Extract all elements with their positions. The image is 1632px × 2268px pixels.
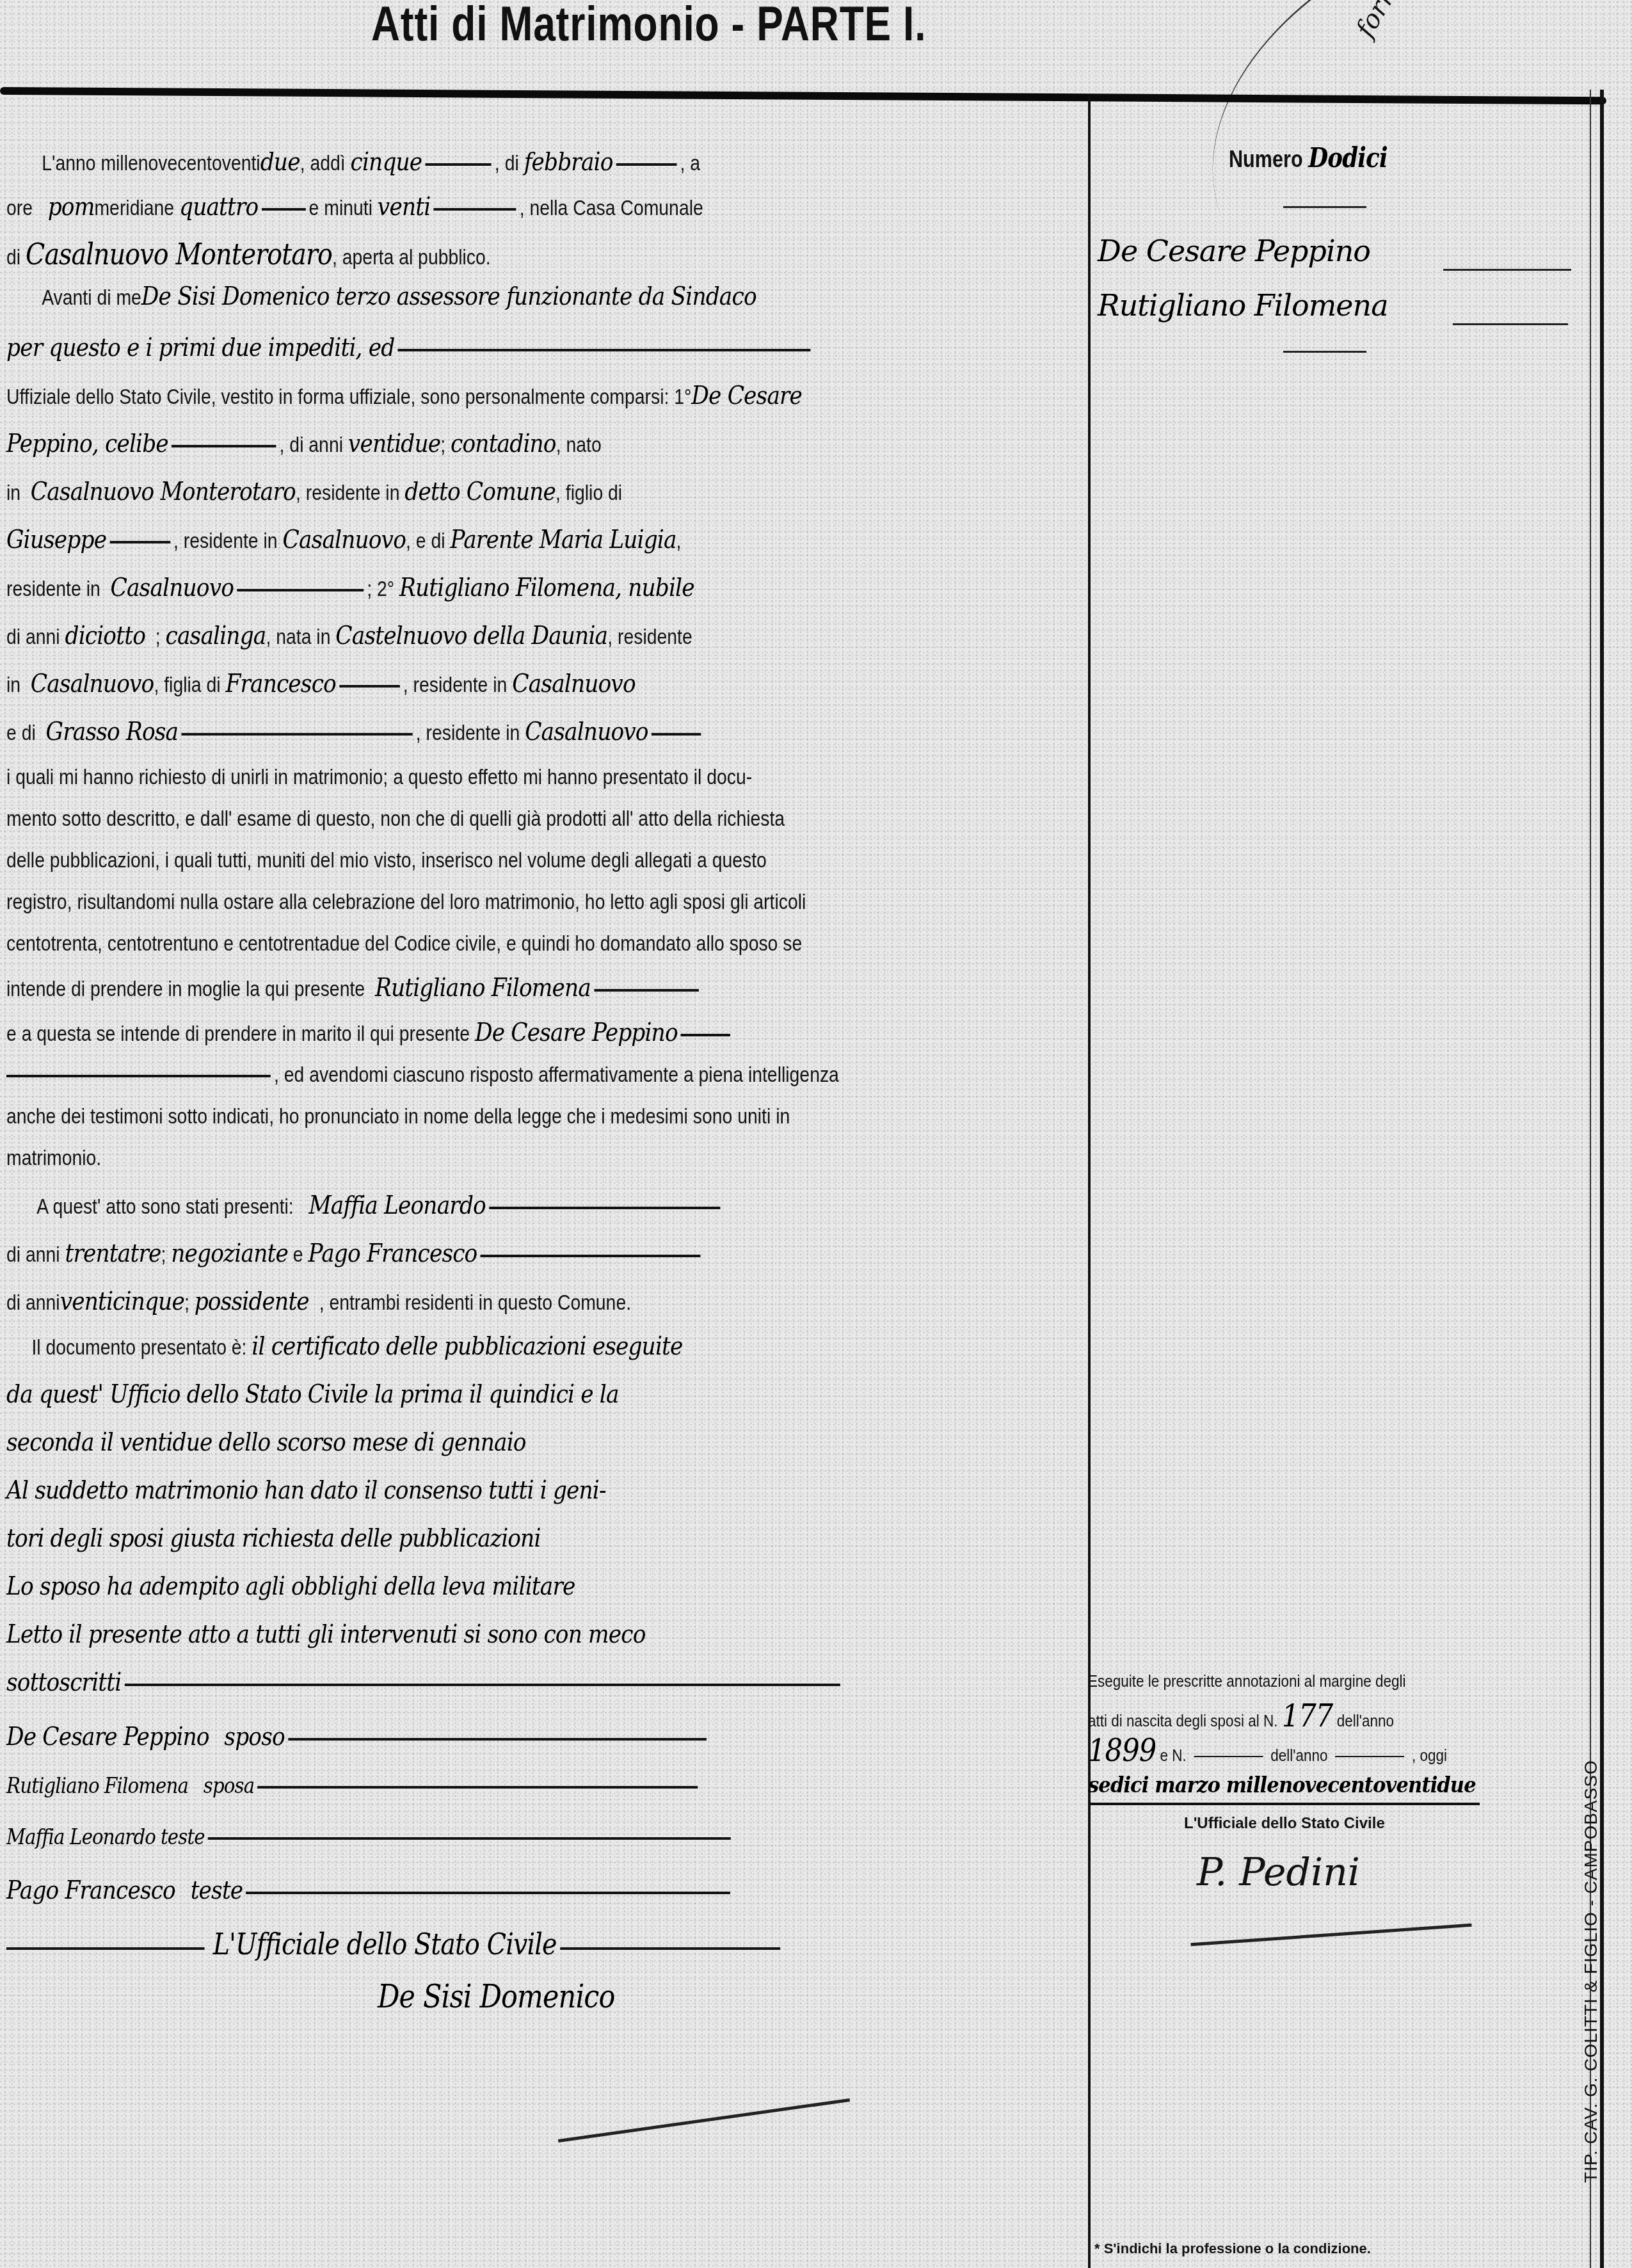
body-line-3: di Casalnuovo Monterotaro, aperta al pub… <box>6 237 931 271</box>
text: L'anno millenovecentoventi <box>42 151 260 175</box>
signature-bride: Rutigliano Filomena <box>6 1773 188 1799</box>
hw-line-6: Letto il presente atto a tutti gli inter… <box>6 1620 931 1649</box>
annotation-line-2: atti di nascita degli sposi al N. 177 de… <box>1088 1699 1537 1733</box>
hw-sottoscritti: sottoscritti <box>6 1668 121 1697</box>
signature-row-4: Pago Francesco teste <box>6 1876 931 1905</box>
annotation-suffix: dell'anno <box>1337 1712 1394 1730</box>
body-line-12: in Casalnuovo, figlia di Francesco, resi… <box>6 669 931 698</box>
text: , addì <box>300 151 346 175</box>
text: e di <box>6 721 36 744</box>
text: residente in <box>6 577 100 600</box>
blank <box>489 1207 720 1209</box>
hw-witness-2-profession: possidente <box>195 1287 309 1316</box>
margin-rule-1 <box>1443 269 1571 271</box>
hw-witness-1: Maffia Leonardo <box>308 1191 486 1220</box>
hw-witness-1-age: trentatre <box>65 1239 161 1268</box>
body-line-2: ore pommeridiane quattroe minuti venti, … <box>6 192 931 221</box>
text: , e di <box>406 529 445 552</box>
column-divider <box>1088 96 1091 2268</box>
text: A quest' atto sono stati presenti: <box>36 1194 293 1218</box>
text: , residente in <box>416 721 520 744</box>
blank <box>172 445 276 447</box>
text: , aperta al pubblico. <box>332 245 491 269</box>
act-number: Numero Dodici <box>1229 142 1388 173</box>
officer-signature: P. Pedini <box>1197 1850 1360 1895</box>
signature-witness-2: Pago Francesco <box>6 1876 175 1905</box>
hw-groom-profession: contadino <box>451 429 556 458</box>
annotation-number: 177 <box>1282 1698 1333 1734</box>
blank <box>560 1947 780 1950</box>
hw-line-4: tori degli sposi giusta richiesta delle … <box>6 1524 931 1553</box>
hw-witness-2: Pago Francesco <box>308 1239 477 1268</box>
body-line-16: delle pubblicazioni, i quali tutti, muni… <box>6 848 931 873</box>
text: Il documento presentato è: <box>31 1335 246 1359</box>
body-line-18: centotrenta, centotrentuno e centotrenta… <box>6 931 931 956</box>
hw-officer-cont: per questo e i primi due impediti, ed <box>6 333 394 362</box>
hw-bride: Rutigliano Filomena, nubile <box>399 573 694 602</box>
hw-hour: quattro <box>179 192 258 221</box>
text: , residente in <box>296 481 399 504</box>
hw-bride-profession: casalinga <box>166 621 266 650</box>
text: ore <box>6 196 33 220</box>
body-line-15: mento sotto descritto, e dall' esame di … <box>6 807 931 831</box>
annotation-line-3: 1899 e N. dell'anno , oggi <box>1088 1733 1537 1768</box>
body-line-26: di anniventicinque; possidente , entramb… <box>6 1287 931 1316</box>
margin-spouse-bride: Rutigliano Filomena <box>1098 288 1388 323</box>
signature-row-3: Maffia Leonardo teste <box>6 1824 931 1850</box>
officer-sign-row: L'Ufficiale dello Stato Civile <box>6 1927 931 1961</box>
hw-bride-father-res: Casalnuovo <box>512 669 636 698</box>
hw-bride-mother: Grasso Rosa <box>46 717 179 746</box>
hw-month: febbraio <box>524 147 613 177</box>
body-line-5: per questo e i primi due impediti, ed <box>6 333 931 362</box>
text: intende di prendere in moglie la qui pre… <box>6 977 365 1001</box>
text: , di anni <box>280 433 343 456</box>
annotation-date-handwritten: sedici marzo millenovecentoventidue <box>1088 1768 1480 1805</box>
blank <box>616 163 677 166</box>
text: in <box>6 481 20 504</box>
text: , ed avendomi ciascuno risposto affermat… <box>274 1063 839 1086</box>
blank <box>257 1786 698 1789</box>
signature-row-2: Rutigliano Filomena sposa <box>6 1773 931 1799</box>
hw-minutes: venti <box>378 192 430 221</box>
margin-rule-2 <box>1453 323 1568 325</box>
text: in <box>6 673 20 696</box>
body-line-17: registro, risultandomi nulla ostare alla… <box>6 890 931 914</box>
officer-sign-title: L'Ufficiale dello Stato Civile <box>213 1927 557 1961</box>
body-line-13: e di Grasso Rosa, residente in Casalnuov… <box>6 717 931 746</box>
hw-witness-1-profession: negoziante <box>171 1239 288 1268</box>
body-line-14: i quali mi hanno richiesto di unirli in … <box>6 765 931 789</box>
blank <box>433 208 516 211</box>
hw-bride-mother-res: Casalnuovo <box>525 717 648 746</box>
blank <box>6 1947 205 1950</box>
text: di anni <box>6 1243 60 1266</box>
blank <box>398 349 811 351</box>
hw-bride-name: Rutigliano Filomena <box>375 973 591 1002</box>
text: , figlio di <box>556 481 622 504</box>
annotation-n: e N. <box>1160 1747 1187 1765</box>
blank <box>481 1255 701 1257</box>
blank <box>246 1892 731 1894</box>
blank <box>109 541 170 543</box>
hw-line-5: Lo sposo ha adempito agli obblighi della… <box>6 1572 931 1601</box>
text: , residente in <box>173 529 277 552</box>
blank <box>181 733 412 736</box>
text: di <box>6 245 20 269</box>
blank <box>6 1075 271 1077</box>
numero-rule <box>1283 206 1366 208</box>
blank <box>681 1034 730 1036</box>
hw-groom-father: Giuseppe <box>6 525 106 554</box>
body-line-8: in Casalnuovo Monterotaro, residente in … <box>6 477 931 506</box>
numero-value: Dodici <box>1308 142 1388 173</box>
hw-witness-2-age: venticinque <box>60 1287 184 1316</box>
text: , residente <box>607 625 692 648</box>
hw-line-7: sottoscritti <box>6 1668 931 1697</box>
blank <box>1194 1756 1263 1757</box>
body-line-9: Giuseppe, residente in Casalnuovo, e di … <box>6 525 931 554</box>
text: , nato <box>556 433 602 456</box>
signature-role: teste <box>191 1876 243 1905</box>
blank <box>339 685 400 688</box>
body-line-19: intende di prendere in moglie la qui pre… <box>6 973 931 1002</box>
blank <box>426 163 492 166</box>
margin-rule-3 <box>1283 351 1366 353</box>
hw-groom-name: Peppino, celibe <box>6 429 168 458</box>
text: Avanti di me <box>42 286 141 309</box>
body-line-24: A quest' atto sono stati presenti: Maffi… <box>6 1191 931 1220</box>
text: di anni <box>6 625 60 648</box>
hw-line-2: seconda il ventidue dello scorso mese di… <box>6 1428 931 1457</box>
signature-witness-1: Maffia Leonardo <box>6 1824 156 1850</box>
body-line-27: Il documento presentato è: il certificat… <box>6 1331 931 1361</box>
officer-sign-name: De Sisi Domenico <box>378 1978 615 2015</box>
annotation-prefix: atti di nascita degli sposi al N. <box>1088 1712 1277 1730</box>
text: ; 2° <box>367 577 394 600</box>
text: , a <box>680 151 700 175</box>
annotation-oggi: , oggi <box>1412 1747 1447 1765</box>
hw-ampm: pom <box>48 192 95 221</box>
text: , nata in <box>266 625 330 648</box>
hw-groom-birthplace: Casalnuovo Monterotaro <box>31 477 296 506</box>
hw-groom-mother: Parente Maria Luigia <box>450 525 676 554</box>
hw-line-1: da quest' Ufficio dello Stato Civile la … <box>6 1379 931 1409</box>
hw-bride-father: Francesco <box>225 669 335 698</box>
signature-underline <box>1190 1924 1471 1947</box>
body-line-10: residente in Casalnuovo; 2° Rutigliano F… <box>6 573 931 602</box>
hw-officer: De Sisi Domenico terzo assessore funzion… <box>141 282 756 311</box>
blank <box>594 989 698 992</box>
signature-role: teste <box>161 1824 205 1850</box>
officer-label: L'Ufficiale dello Stato Civile <box>1184 1815 1385 1833</box>
signature-role: sposo <box>224 1722 284 1751</box>
text: e <box>293 1243 303 1266</box>
page-title: Atti di Matrimonio - PARTE I. <box>371 0 926 52</box>
blank <box>652 733 701 736</box>
body-line-6: Uffiziale dello Stato Civile, vestito in… <box>6 381 931 410</box>
text: e a questa se intende di prendere in mar… <box>6 1022 470 1045</box>
signature-groom: De Cesare Peppino <box>6 1722 209 1751</box>
printer-credit: TIP. CAV. G. COLITTI & FIGLIO - CAMPOBAS… <box>1581 1760 1601 2183</box>
footnote: * S'indichi la professione o la condizio… <box>1094 2240 1371 2257</box>
hw-groom-age: ventidue <box>348 429 440 458</box>
hw-bride-birthplace: Castelnuovo della Daunia <box>335 621 607 650</box>
text: , di <box>495 151 519 175</box>
text: , residente in <box>403 673 507 696</box>
signature-row-1: De Cesare Peppino sposo <box>6 1722 931 1751</box>
body-line-22: anche dei testimoni sotto indicati, ho p… <box>6 1104 931 1129</box>
text: Uffiziale dello Stato Civile, vestito in… <box>6 385 691 408</box>
annotation-year: 1899 <box>1088 1733 1156 1769</box>
blank <box>262 208 306 211</box>
text: , nella Casa Comunale <box>520 196 703 220</box>
hw-groom-mother-res: Casalnuovo <box>110 573 234 602</box>
hw-bride-residence: Casalnuovo <box>31 669 154 698</box>
text: , entrambi residenti in questo Comune. <box>319 1291 631 1314</box>
body-line-21: , ed avendomi ciascuno risposto affermat… <box>6 1063 931 1087</box>
hw-groom-residence: detto Comune <box>404 477 556 506</box>
text: meridiane <box>94 196 174 220</box>
hw-year: due <box>260 147 300 177</box>
blank <box>125 1684 840 1686</box>
hw-bride-age: diciotto <box>65 621 145 650</box>
hw-day: cinque <box>351 147 422 177</box>
body-line-7: Peppino, celibe, di anni ventidue; conta… <box>6 429 931 458</box>
hw-document: il certificato delle pubblicazioni esegu… <box>252 1331 682 1361</box>
body-line-20: e a questa se intende di prendere in mar… <box>6 1018 931 1047</box>
officer-flourish <box>558 2098 850 2143</box>
officer-sign-name-row: De Sisi Domenico <box>378 1978 1302 2015</box>
body-line-4: Avanti di meDe Sisi Domenico terzo asses… <box>6 282 931 311</box>
numero-label: Numero <box>1229 146 1303 172</box>
hw-groom-father-res: Casalnuovo <box>282 525 406 554</box>
hw-groom-name-2: De Cesare Peppino <box>475 1018 678 1047</box>
body-line-25: di anni trentatre; negoziante e Pago Fra… <box>6 1239 931 1268</box>
body-line-1: L'anno millenovecentoventidue, addì cinq… <box>6 147 931 177</box>
text: e minuti <box>309 196 372 220</box>
margin-pencil-stroke <box>1155 0 1632 396</box>
signature-role: sposa <box>204 1773 254 1799</box>
blank <box>1335 1756 1404 1757</box>
hw-place: Casalnuovo Monterotaro <box>26 237 332 271</box>
body-line-23: matrimonio. <box>6 1146 931 1170</box>
blank <box>208 1837 731 1840</box>
body-line-11: di anni diciotto ; casalinga, nata in Ca… <box>6 621 931 650</box>
blank <box>288 1738 707 1741</box>
hw-line-3: Al suddetto matrimonio han dato il conse… <box>6 1476 931 1505</box>
text: di anni <box>6 1291 60 1314</box>
margin-spouse-groom: De Cesare Peppino <box>1098 234 1370 268</box>
blank <box>237 589 364 591</box>
birth-annotation: Eseguite le prescritte annotazioni al ma… <box>1088 1664 1537 1805</box>
text: , figlia di <box>154 673 220 696</box>
annotation-dellanno: dell'anno <box>1270 1747 1327 1765</box>
annotation-line-1: Eseguite le prescritte annotazioni al ma… <box>1088 1664 1537 1699</box>
hw-groom-surname: De Cesare <box>691 381 802 410</box>
